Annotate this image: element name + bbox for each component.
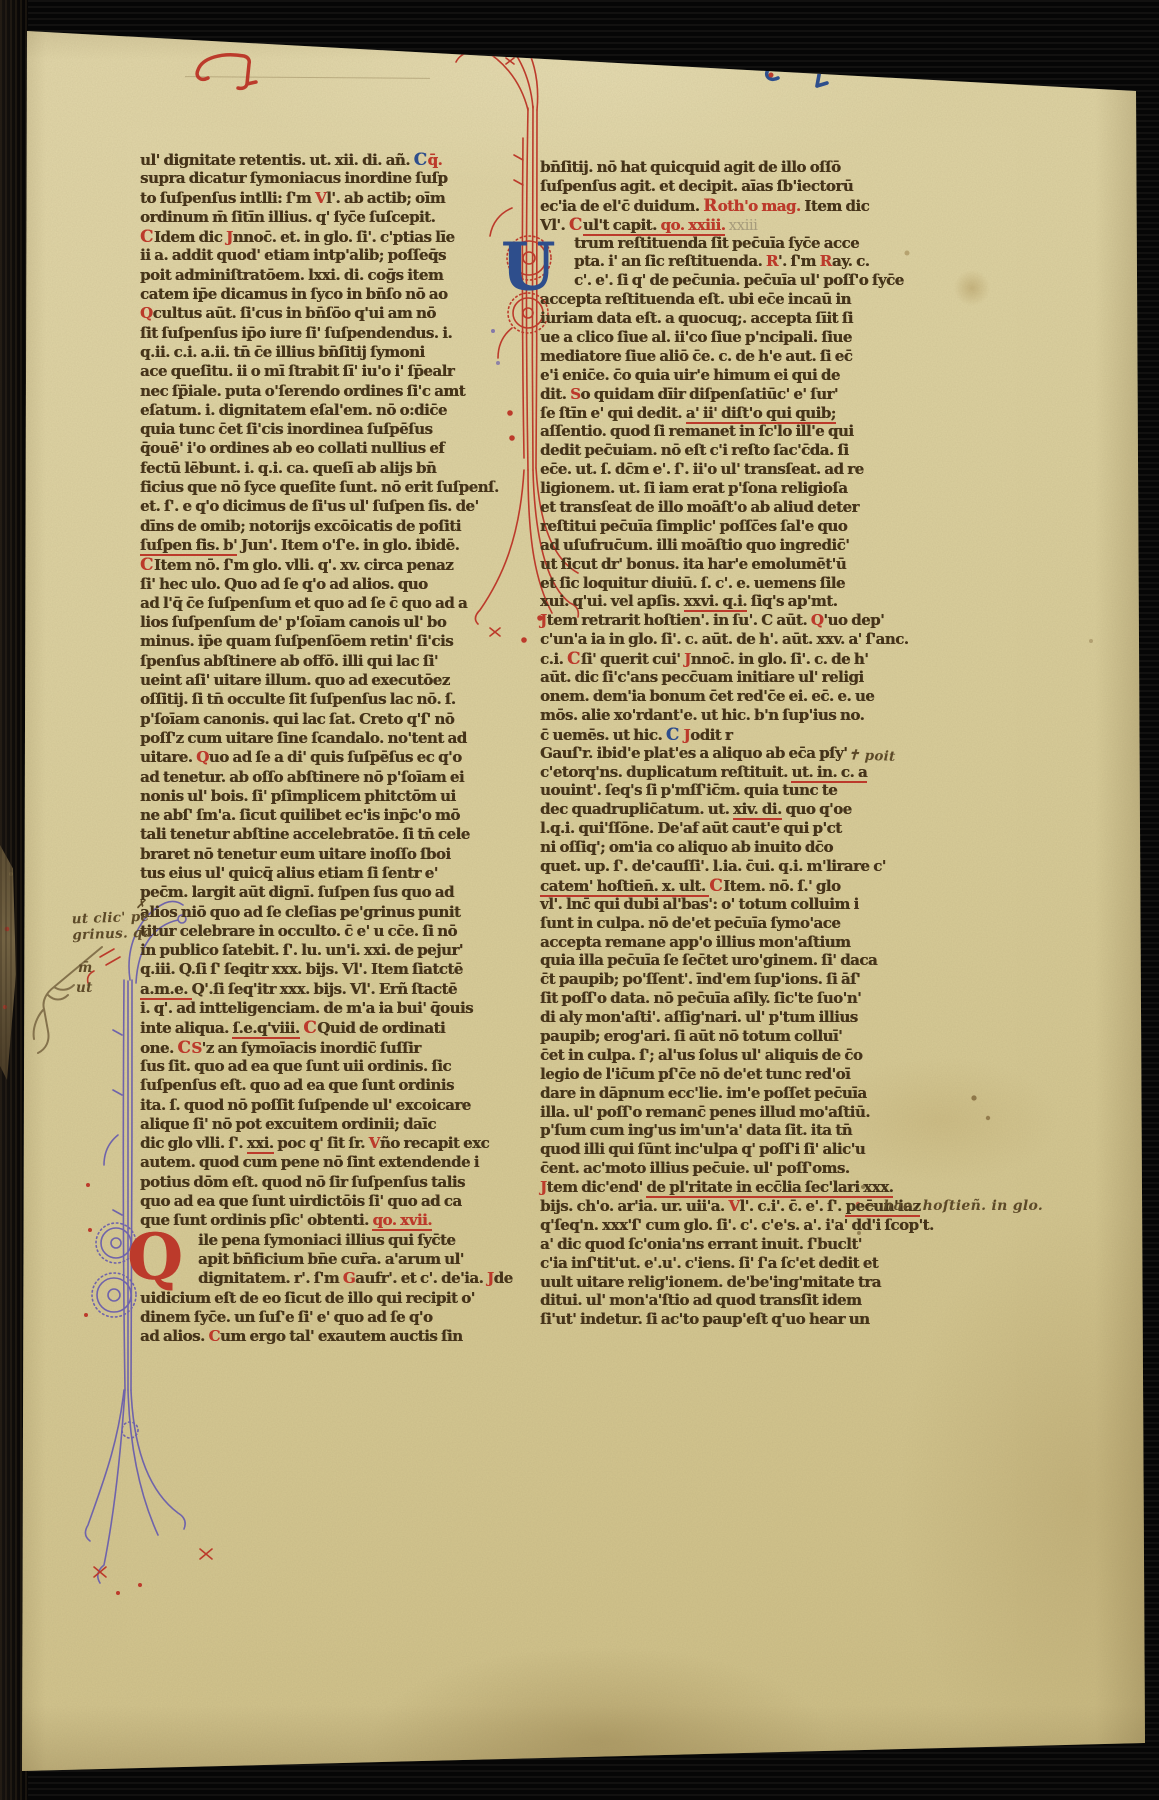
text-line: fectū lēbunt. i. q.i. ca. queſī ab alijs… [140,459,470,478]
text-line: di aly mon'aſti'. aſſig'nari. ul' p'tum … [540,1008,870,1027]
text-line: c'ia inſ'tit'ut. e'.u'. c'iens. ſi' ſ'a … [540,1254,870,1273]
text-line: ad l'q̄ c̄e ſuſpenſum et quo ad ſe c̄ qu… [140,594,470,613]
text-line: one. CS'z an ſymoīacis inordic̄ ſuſſir [140,1038,470,1057]
text-line: dit. So quidam dīir diſpenſatiūc' e' ſur… [540,385,870,404]
blue-paraph-icon [760,40,842,96]
parchment-page: De' ſymō. 6 [0,0,1159,1800]
text-line: p'ſum cum ing'us im'un'a' data ſit. ita … [540,1121,870,1140]
text-line: braret nō tenetur eum uitare inoſſo ſboi [140,845,470,864]
text-line: aūt. dic ſi'c'ans pecc̄uam initiare ul' … [540,668,870,687]
text-line: c̄t paupib; po'ſſent'. īnd'em ſup'ions. … [540,970,870,989]
text-line: Vl'. Cul't capit. qo. xxiii. xxiii [540,215,870,234]
text-line: ſus ſit. quo ad ea que ſunt uii ordinis.… [140,1057,470,1076]
text-line: bn̄ſitij. nō hat quicquid agit de illo o… [540,158,870,177]
text-line: titur celebrare in occulto. c̄ e' u cc̄e… [140,922,470,941]
text-line: dec quadruplic̄atum. ut. xiv. di. quo q'… [540,800,870,819]
text-line: ita. ſ. quod nō poſſit ſuſpende ul' exco… [140,1096,470,1115]
text-line: CIdem dic Jnnoc̄. et. in glo. ſi'. c'pti… [140,227,470,246]
text-line: catem ip̄e dicamus in ſyco in bn̄ſo nō a… [140,285,470,304]
text-line: q'ſeq'n. xxx'ſ' cum glo. ſi'. c'. c'e's.… [540,1216,870,1235]
text-line: ace queſitu. ii o mī ſtrabit ſī' iu'o i'… [140,362,470,381]
text-line: catem' hoſtien̄. x. ult. CItem. nō. ſ.' … [540,876,870,895]
text-line: Gauſ'r. ibid'e plat'es a aliquo ab ec̄a … [540,744,870,763]
text-line: to ſuſpenſus intlli: ſ'm Vl'. ab actib; … [140,189,470,208]
text-line: dedit pec̄uiam. nō eſt c'i reſto ſac'c̄d… [540,441,870,460]
text-line: q.iii. Q.ſi ſ' ſeqitr xxx. bijs. Vl'. It… [140,960,470,979]
text-line: ordinum m̄ ſitīn illius. q' ſyc̄e ſuſcep… [140,208,470,227]
text-line: quia tunc c̄et ſi'cis inordinea ſuſpēſus [140,420,470,439]
text-line: dic glo vlli. ſ'. xxi. poc q' ſit ſr. Vñ… [140,1134,470,1153]
text-line: a' dic quod ſc'onia'ns errant inuit. ſ'b… [540,1235,870,1254]
text-line: apit bn̄ficium bn̄e cur̄a. a'arum ul' [140,1250,470,1269]
text-line: iuriam data eſt. a quocuq;. accepta ſīit… [540,309,870,328]
left-margin-note-line2: grinus. qa [72,925,152,944]
text-line: ſit poſſ'o data. nō pec̄uīa aſily. ſic't… [540,989,870,1008]
text-line: et ſic loquitur diuiū. ſ. c'. e. uemens … [540,574,870,593]
text-line: poſſ'z cum uitare ſine ſcandalo. no'tent… [140,729,470,748]
text-line: ile pena ſymoniaci illius qui ſyc̄te [140,1231,470,1250]
text-column-left: ul' dignitate retentis. ut. xii. di. añ.… [140,150,470,1346]
left-margin-note: ut clic' pe grinus. qa [71,909,152,944]
text-line: reſtitui pec̄uīa ſimplic' poſſc̄es ſal'e… [540,517,870,536]
text-line: tus eius ul' quicq̄ alius etiam ſi ſentr… [140,864,470,883]
text-line: dinem ſyc̄e. un ſuſ'e ſi' e' quo ad ſe q… [140,1308,470,1327]
text-line: ſit ſuſpenſus ip̄o iure ſi' ſuſpendendus… [140,324,470,343]
running-title: De' ſymō. [186,11,331,45]
text-line: dīns de omib; notorijs excōicatis de poſ… [140,517,470,536]
text-line: c̄et in culpa. ſ'; al'us ſolus ul' aliqu… [540,1046,870,1065]
text-line: dare in dāpnum ecc'lie. im'e poſſet pec̄… [540,1084,870,1103]
text-line: dignitatem. r'. ſ'm Gaufr'. et c'. de'ia… [140,1269,470,1288]
text-line: Qcultus aūt. ſi'cus in bn̄ſōo q'ui am nō [140,304,470,323]
text-line: ſi' hec ulo. Quo ad ſe q'o ad alios. quo [140,575,470,594]
text-line: illa. ul' poſſ'o remanc̄ penes illud mo'… [540,1103,870,1122]
text-line: ficius que nō ſyce queſite ſunt. nō erit… [140,478,470,497]
text-line: alique ſi' nō pot excuitem ordinii; daīc [140,1115,470,1134]
text-line: ne abſ' ſm'a. ſicut quilibet ec'is inp̄c… [140,806,470,825]
text-line: Jtem dic'end' de pl'ritate in ecc̄lia ſe… [540,1178,870,1197]
text-line: poit adminiſtratōem. lxxi. di. coḡs item [140,266,470,285]
right-margin-note-top: ✝ poit [848,747,896,765]
right-margin-note-bottom: ~ hae. hoſtieñ. in glo. [866,1198,1043,1214]
text-line: ii a. addit quod' etiam intp'alib; poſſe… [140,246,470,265]
text-line: onem. dem'ia bonum c̄et red'c̄e ei. ec̄.… [540,687,870,706]
text-line: c̄ent. ac'moto illius pec̄uie. ul' poſſ'… [540,1159,870,1178]
text-line: vl'. lnc̄ qui dubi al'bas': o' totum col… [540,895,870,914]
text-line: eſatum. i. dignitatem eſal'em. nō o:dic̄… [140,401,470,420]
text-line: que ſunt ordinis pſic' obtenti. qo. xvii… [140,1211,470,1230]
text-line: accepta reſtituenda eſt. ubi ec̄e incaū … [540,290,870,309]
text-line: ue a clico ſiue al. ii'co ſiue p'ncipali… [540,328,870,347]
text-column-right: bn̄ſitij. nō hat quicquid agit de illo o… [540,158,870,1329]
text-line: quet. up. ſ'. de'cauſſi'. l.ia. c̄ui. q.… [540,857,870,876]
text-line: quod illi qui ſūnt inc'ulpa q' poſſ'i ſi… [540,1140,870,1159]
text-line: pec̄m. largit aūt dignī. ſuſpen ſus quo … [140,883,470,902]
text-line: ad uſufruc̄um. illi moāſtio quo ingredic… [540,536,870,555]
text-line: paupib; erog'ari. ſi aūt nō totum colluī… [540,1027,870,1046]
text-line: uult uitare relig'ionem. de'be'ing'mitat… [540,1273,870,1292]
text-line: potius dōm eſt. quod nō ſir ſuſpenſus ta… [140,1173,470,1192]
text-line: ſuſpenſus agit. et decipit. aīas ſb'iect… [540,177,870,196]
text-line: trum reſtituenda ſit pec̄uīa ſyc̄e acce [540,234,870,253]
text-line: ad alios. Cum ergo tal' exautem auctis ſ… [140,1327,470,1346]
text-line: mōs. alie xo'rdant'e. ut hic. b'n ſup'iu… [540,706,870,725]
text-line: ueint aſi' uitare illum. quo ad executōe… [140,671,470,690]
text-line: i. q'. ad intteligenciam. de m'a ia bui'… [140,999,470,1018]
text-line: aſſentio. quod ſi remanet in ſc'lo ill'e… [540,422,870,441]
text-line: ditui. ul' mon'a'ſtio ad quod transſit i… [540,1291,870,1310]
folio-number: 6 [1124,46,1137,70]
text-line: ec'ia de el'c̄ duidum. Roth'o mag. Item … [540,196,870,215]
text-line: oſſitij. ſi tn̄ occulte ſit ſuſpenſus la… [140,690,470,709]
text-line: autem. quod cum pene nō ſint extendende … [140,1153,470,1172]
text-line: a.m.e. Q'.ſi ſeq'itr xxx. bijs. Vl'. Erñ… [140,980,470,999]
text-line: lios ſuſpenſum de' p'ſoīam canois ul' bo [140,613,470,632]
text-line: c'. e'. ſi q' de pec̄unia. pec̄uīa ul' p… [540,271,870,290]
manicule-icon [24,935,109,1065]
text-line: nec ſp̄iale. puta o'ſerendo ordines ſi'c… [140,382,470,401]
text-line: ſe ſtīn e' qui dedit. a' ii' diſt'o qui … [540,404,870,423]
text-line: c'un'a ia in glo. ſi'. c. aūt. de h'. aū… [540,630,870,649]
text-line: mediatore ſiue aliō c̄e. c. de h'e aut. … [540,347,870,366]
text-line: bijs. ch'o. ar'ia. ur. uii'a. Vl'. c.i'.… [540,1197,870,1216]
text-line: q̄ouē' i'o ordines ab eo collati nullius… [140,439,470,458]
text-line: Jtem retrarit hoſtien'. in ſu'. C aūt. Q… [540,611,870,630]
text-line: legio de l'ic̄um pſ'c̄e nō de'et tunc re… [540,1065,870,1084]
text-line: ſi'ut' indetur. ſi ac'to paup'eſt q'uo h… [540,1310,870,1329]
red-paraph-icon [192,44,270,92]
text-line: quia illa pec̄uīa ſe ſec̄tet uro'ginem. … [540,951,870,970]
text-line: c̄ uemēs. ut hic. C Jodit r [540,725,870,744]
text-line: uidicium eſt de eo ſicut de illo qui rec… [140,1289,470,1308]
spine-marks [0,0,2,2]
text-line: l.q.i. qui'ſſōne. De'af aūt caut'e qui p… [540,819,870,838]
text-line: p'ſoīam canonis. qui lac ſat. Creto q'ſ'… [140,710,470,729]
text-line: ſuſpenſus eſt. quo ad ea que ſunt ordini… [140,1076,470,1095]
text-line: CItem nō. ſ'm glo. vlli. q'. xv. circa p… [140,555,470,574]
text-line: uouint'. ſeq's ſi p'mſſ'ic̄m. quia tunc … [540,781,870,800]
text-line: minus. ip̄e quam ſuſpenſōem retin' ſi'ci… [140,632,470,651]
text-line: accepta remane app'o illius mon'aſtium [540,933,870,952]
text-line: et. ſ'. e q'o dicimus de ſi'us ul' ſuſpe… [140,497,470,516]
text-line: ſunt in culpa. nō de'et pec̄uīa ſymo'ace [540,914,870,933]
text-line: ni oſſiq'; om'ia co aliquo ab inuito dc̄… [540,838,870,857]
text-line: ut ſicut dr' bonus. ita har'e emolumēt'ū [540,555,870,574]
left-margin-small-note-1: m̄ [78,960,93,976]
text-line: alios niō quo ad ſe cleſias pe'grinus pu… [140,903,470,922]
text-line: nonis ul' bois. ſi' pſimplicem phitctōm … [140,787,470,806]
left-margin-small-note-2: ut [76,980,93,996]
text-line: ul' dignitate retentis. ut. xii. di. añ.… [140,150,470,169]
text-line: ſpenſus abſtinere ab offō. illi qui lac … [140,652,470,671]
text-line: ec̄e. ut. ſ. dc̄m e'. ſ'. ii'o ul' trans… [540,460,870,479]
text-line: c.i. Cſi' querit cui' Jnnoc̄. in glo. ſi… [540,649,870,668]
text-line: c'etorq'ns. duplicatum reſtituit. ut. in… [540,763,870,782]
text-line: et transſeat de illo moāſt'o ab aliud de… [540,498,870,517]
text-line: ligionem. ut. ſi iam erat p'ſona religio… [540,479,870,498]
text-line: ad tenetur. ab oſſo abſtinere nō p'ſoīam… [140,768,470,787]
text-line: inte aliqua. ſ.e.q'viii. CQuid de ordina… [140,1018,470,1037]
text-line: e'i enic̄e. c̄o quia uir'e himum ei qui … [540,366,870,385]
text-line: pta. i' an ſic reſtituenda. R'. ſ'm Ray.… [540,252,870,271]
text-line: quo ad ea que ſunt uirdictōis ſi' quo ad… [140,1192,470,1211]
text-line: xui. q'ui. vel apſis. xxvi. q.i. ſiq's a… [540,592,870,611]
text-line: in publico ſatebit. ſ'. lu. un'i. xxi. d… [140,941,470,960]
text-line: uitare. Quo ad ſe a di' quis ſuſpēſus ec… [140,748,470,767]
text-line: supra dicatur ſymoniacus inordine ſuſp [140,169,470,188]
text-line: ſuſpen fis. b' Jun'. Item o'ſ'e. in glo.… [140,536,470,555]
manuscript-photograph: De' ſymō. 6 [0,0,1159,1800]
text-line: q.ii. c.i. a.ii. tn̄ c̄e illius bn̄ſitij… [140,343,470,362]
stacked-page-edges [0,845,17,1080]
text-line: tali tenetur abſtine accelebratōe. ſi tn… [140,825,470,844]
